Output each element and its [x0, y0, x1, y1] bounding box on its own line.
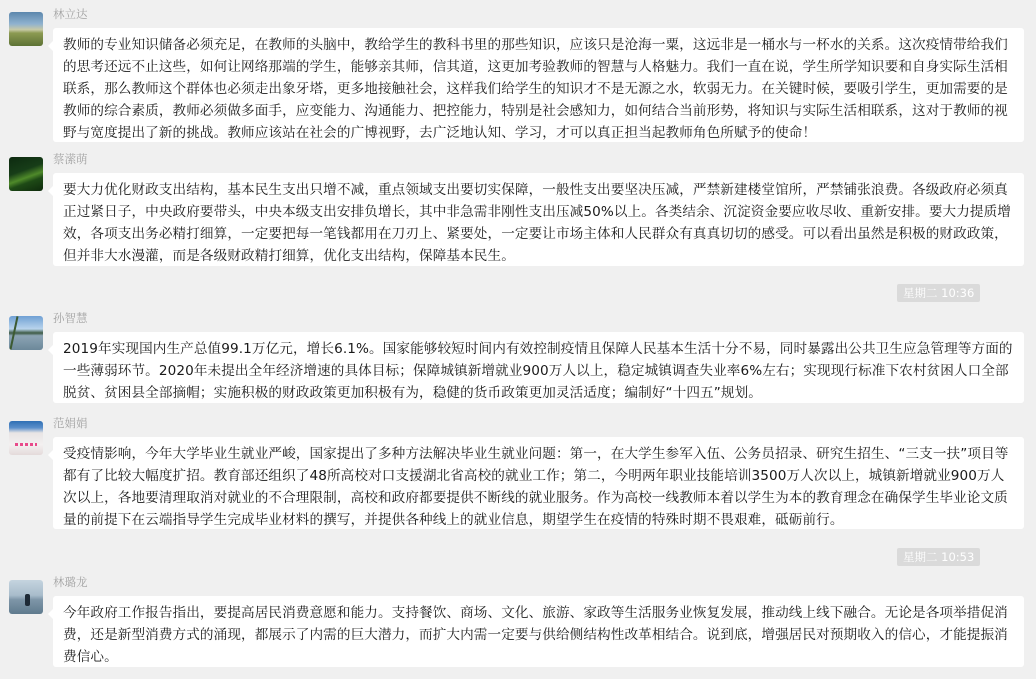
avatar[interactable]: [9, 157, 43, 191]
timestamp-pill: 星期二 10:36: [897, 284, 980, 302]
sender-name: 蔡潆萌: [53, 152, 88, 166]
timestamp-pill: 星期二 10:53: [897, 548, 980, 566]
message-bubble[interactable]: 今年政府工作报告指出，要提高居民消费意愿和能力。支持餐饮、商场、文化、旅游、家政…: [53, 596, 1024, 667]
sender-name: 孙智慧: [53, 311, 88, 325]
chat-message-list[interactable]: 林立达 教师的专业知识储备必须充足，在教师的头脑中，教给学生的教科书里的那些知识…: [0, 0, 1036, 679]
sender-name: 范娟娟: [53, 416, 88, 430]
sender-name: 林立达: [53, 7, 88, 21]
sender-name: 林璐龙: [53, 575, 88, 589]
message-bubble[interactable]: 受疫情影响，今年大学毕业生就业严峻，国家提出了多种方法解决毕业生就业问题：第一，…: [53, 437, 1024, 529]
message-bubble[interactable]: 2019年实现国内生产总值99.1万亿元，增长6.1%。国家能够较短时间内有效控…: [53, 332, 1024, 403]
avatar[interactable]: [9, 421, 43, 455]
message-bubble[interactable]: 教师的专业知识储备必须充足，在教师的头脑中，教给学生的教科书里的那些知识，应该只…: [53, 28, 1024, 142]
avatar[interactable]: [9, 12, 43, 46]
avatar[interactable]: [9, 580, 43, 614]
avatar[interactable]: [9, 316, 43, 350]
message-bubble[interactable]: 要大力优化财政支出结构，基本民生支出只增不减，重点领域支出要切实保障，一般性支出…: [53, 173, 1024, 266]
